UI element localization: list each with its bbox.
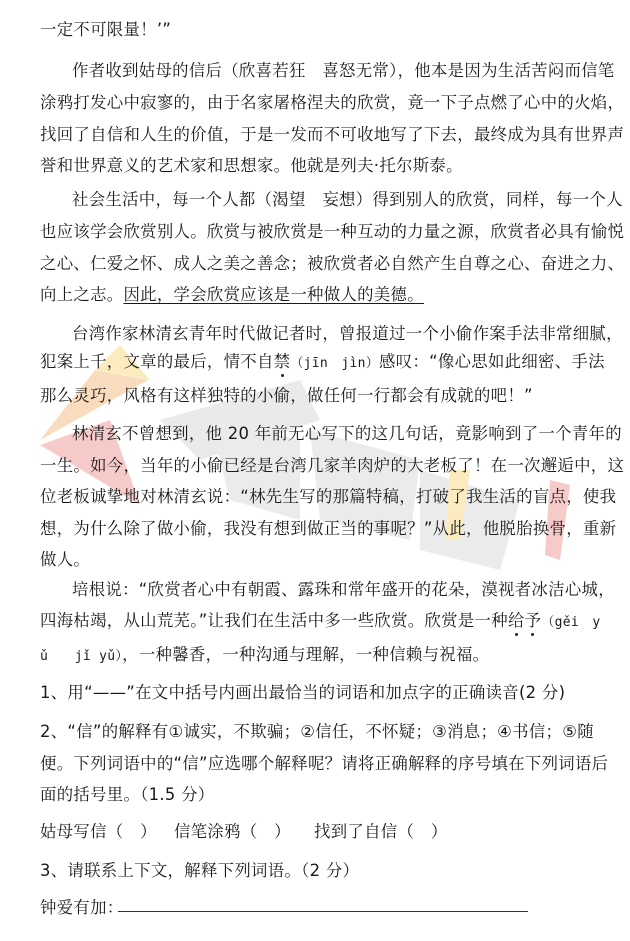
text-line: 一生。如今，当年的小偷已经是台湾几家羊肉炉的大老板了！在一次邂逅中，这 — [40, 456, 624, 476]
dotted-character: 给 — [508, 611, 525, 630]
q2-answer-item[interactable]: 找到了自信（ ） — [314, 822, 448, 842]
q2-answer-item[interactable]: 姑母写信（ ） — [40, 822, 157, 842]
text-line: 涂鸦打发心中寂寥的，由于名家屠格涅夫的欣赏，竟一下子点燃了心中的火焰， — [40, 93, 624, 113]
question-2-cont: 面的括号里。（1.5 分） — [40, 785, 215, 805]
text-segment: ，一种馨香，一种沟通与理解，一种信赖与祝福。 — [122, 645, 489, 664]
text-line: 培根说：“欣赏者心中有朝霞、露珠和常年盛开的花朵，漠视者冰洁心城， — [72, 580, 615, 600]
dotted-character: 予 — [525, 611, 542, 630]
text-segment: 感叹：“像心思如此细密、手法 — [379, 352, 605, 371]
text-line: 想，为什么除了做小偷，我没有想到做正当的事呢？”从此，他脱胎换骨，重新 — [40, 519, 616, 539]
text-line: 犯案上千，文章的最后，情不自禁（jīn jìn）感叹：“像心思如此细密、手法 — [40, 352, 605, 374]
q3-term-label: 钟爱有加： — [40, 898, 123, 918]
underlined-sentence: 因此，学会欣赏应该是一种做人的美德。 — [123, 285, 423, 304]
text-line: 作者收到姑母的信后（欣喜若狂 喜怒无常），他本是因为生活苦闷而信笔 — [72, 61, 615, 81]
dotted-character: 禁 — [274, 352, 291, 371]
text-line: 誉和世界意义的艺术家和思想家。他就是列夫·托尔斯泰。 — [40, 156, 463, 176]
text-line: 也应该学会欣赏别人。欣赏与被欣赏是一种互动的力量之源，欣赏者必具有愉悦 — [40, 222, 624, 242]
question-3: 3、请联系上下文，解释下列词语。（2 分） — [40, 861, 359, 881]
pinyin-options: （gěi y — [541, 615, 600, 630]
text-line: 社会生活中，每一个人都（渴望 妄想）得到别人的欣赏，同样，每一个人 — [72, 190, 623, 210]
pinyin-options: （jīn jìn） — [290, 356, 379, 371]
text-line: 位老板诚挚地对林清玄说：“林先生写的那篇特稿，打破了我生活的盲点，使我 — [40, 487, 616, 507]
text-line: 做人。 — [40, 550, 90, 570]
text-segment: 四海枯竭，从山荒芜。”让我们在生活中多一些欣赏。欣赏是一种 — [40, 611, 508, 630]
text-line: ǔ jǐ yǔ），一种馨香，一种沟通与理解，一种信赖与祝福。 — [40, 645, 489, 667]
text-line: 之心、仁爱之怀、成人之美之善念；被欣赏者必自然产生自尊之心、奋进之力、 — [40, 254, 624, 274]
pinyin-options: ǔ jǐ yǔ） — [40, 649, 122, 664]
text-line: 四海枯竭，从山荒芜。”让我们在生活中多一些欣赏。欣赏是一种给予（gěi y — [40, 611, 600, 633]
question-2-cont: 便。下列词语中的“信”应选哪个解释呢？请将正确解释的序号填在下列词语后 — [40, 754, 608, 774]
text-segment: 向上之志。 — [40, 285, 123, 304]
question-1: 1、用“——”在文中括号内画出最恰当的词语和加点字的正确读音(2 分) — [40, 683, 565, 703]
answer-blank[interactable] — [118, 911, 528, 912]
q2-answer-item[interactable]: 信笔涂鸦（ ） — [174, 822, 291, 842]
question-2: 2、“信”的解释有①诚实，不欺骗；②信任，不怀疑；③消息；④书信；⑤随 — [40, 722, 594, 742]
text-line: 找回了自信和人生的价值，于是一发而不可收地写了下去，最终成为具有世界声 — [40, 125, 624, 145]
text-line: 一定不可限量！’” — [40, 20, 171, 40]
text-line: 那么灵巧，风格有这样独特的小偷，做任何一行都会有成就的吧！” — [40, 386, 533, 406]
text-line: 台湾作家林清玄青年时代做记者时，曾报道过一个小偷作案手法非常细腻， — [72, 324, 623, 344]
text-line: 向上之志。因此，学会欣赏应该是一种做人的美德。 — [40, 285, 424, 305]
text-segment: 犯案上千，文章的最后，情不自 — [40, 352, 274, 371]
text-line: 林清玄不曾想到，他 20 年前无心写下的这几句话，竟影响到了一个青年的 — [72, 424, 622, 444]
